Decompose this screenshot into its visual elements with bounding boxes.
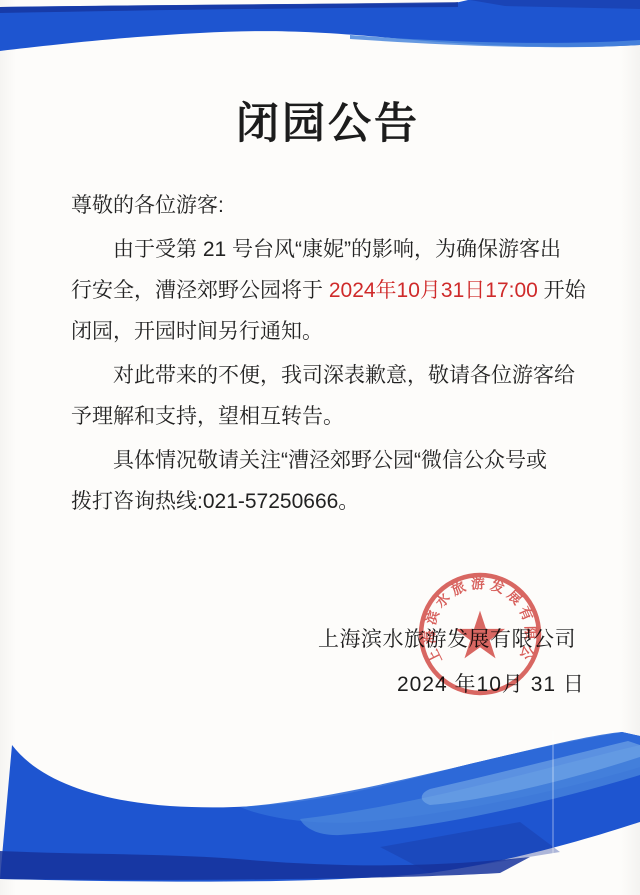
svg-text:上海滨水旅游发展有限公司: 上海滨水旅游发展有限公司 xyxy=(416,570,538,666)
body-text: 由于受第 21 号台风“康妮”的影响，为确保游客出 xyxy=(113,238,561,261)
bottom-wave-banner xyxy=(0,727,640,887)
notice-paragraph: 尊敬的各位游客: xyxy=(71,185,601,226)
body-line: 予理解和支持，望相互转告。 xyxy=(71,396,601,437)
body-text: 尊敬的各位游客: xyxy=(71,194,224,217)
body-line: 拨打咨询热线:021-57250666。 xyxy=(71,481,601,522)
body-text: 予理解和支持，望相互转告。 xyxy=(71,405,344,428)
body-text: 闭园，开园时间另行通知。 xyxy=(71,320,323,343)
body-line: 具体情况敬请关注“漕泾郊野公园“微信公众号或 xyxy=(71,440,601,481)
body-line: 闭园，开园时间另行通知。 xyxy=(71,311,601,352)
body-text: 拨打咨询热线:021-57250666。 xyxy=(71,490,359,513)
notice-paragraph: 对此带来的不便，我司深表歉意，敬请各位游客给予理解和支持，望相互转告。 xyxy=(71,355,601,437)
top-wave-banner xyxy=(0,0,640,58)
notice-paragraph: 由于受第 21 号台风“康妮”的影响，为确保游客出行安全，漕泾郊野公园将于 20… xyxy=(71,229,601,352)
notice-paragraph: 具体情况敬请关注“漕泾郊野公园“微信公众号或拨打咨询热线:021-5725066… xyxy=(71,440,601,522)
body-text: 具体情况敬请关注“漕泾郊野公园“微信公众号或 xyxy=(113,449,547,472)
closure-datetime-highlight: 2024年10月31日17:00 xyxy=(329,279,538,302)
seal-star-icon xyxy=(455,611,505,659)
company-seal-stamp: 上海滨水旅游发展有限公司 xyxy=(416,570,544,698)
body-line: 行安全，漕泾郊野公园将于 2024年10月31日17:00 开始 xyxy=(71,270,601,311)
body-line: 由于受第 21 号台风“康妮”的影响，为确保游客出 xyxy=(71,229,601,270)
closure-notice-page: 闭园公告 尊敬的各位游客:由于受第 21 号台风“康妮”的影响，为确保游客出行安… xyxy=(0,0,640,895)
notice-body: 尊敬的各位游客:由于受第 21 号台风“康妮”的影响，为确保游客出行安全，漕泾郊… xyxy=(71,185,601,522)
body-line: 对此带来的不便，我司深表歉意，敬请各位游客给 xyxy=(71,355,601,396)
body-line: 尊敬的各位游客: xyxy=(71,185,601,226)
body-text: 对此带来的不便，我司深表歉意，敬请各位游客给 xyxy=(113,364,575,387)
notice-title: 闭园公告 xyxy=(8,90,640,151)
seal-arc-text: 上海滨水旅游发展有限公司 xyxy=(416,570,538,666)
body-text: 行安全，漕泾郊野公园将于 xyxy=(71,279,329,302)
body-text: 开始 xyxy=(538,279,586,302)
